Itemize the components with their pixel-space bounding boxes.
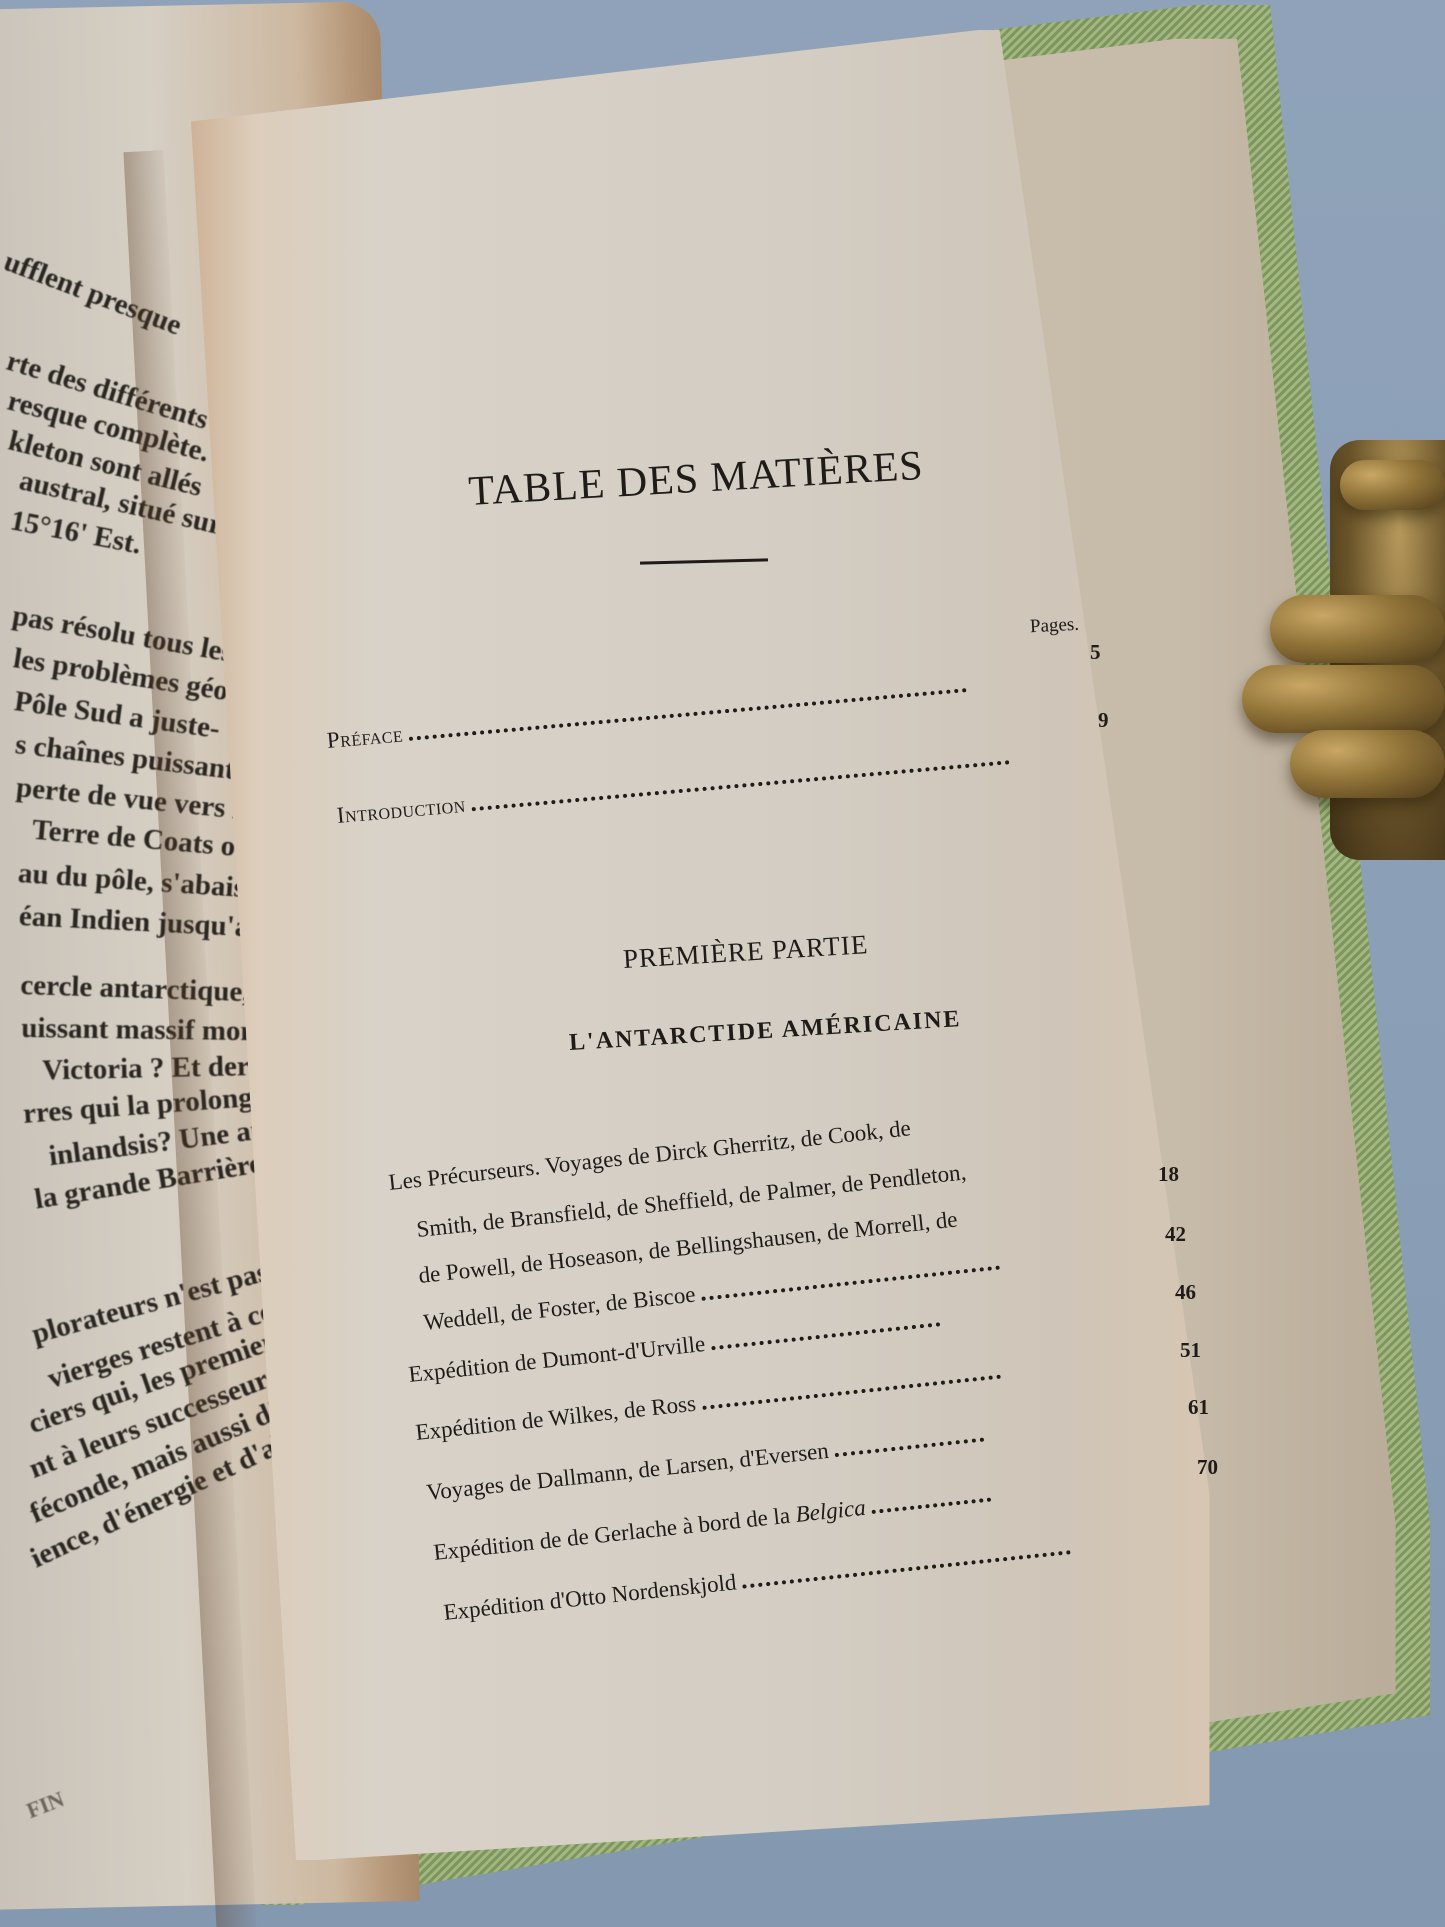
dot-leader (472, 760, 1010, 811)
dot-leader (742, 1550, 1071, 1588)
page-number: 61 (1188, 1395, 1209, 1420)
brass-hand-bookmark (1230, 440, 1445, 900)
title-rule-divider (640, 558, 768, 564)
toc-entry-label: Expédition d'Otto Nordenskjold (442, 1569, 737, 1625)
pages-column-label: Pages. (1029, 614, 1079, 639)
brass-finger (1270, 595, 1445, 663)
toc-title: TABLE DES MATIÈRES (467, 442, 925, 516)
table-of-contents: TABLE DES MATIÈRES Pages. Préface 5 Intr… (0, 0, 1445, 1927)
section-heading: L'ANTARCTIDE AMÉRICAINE (568, 1006, 962, 1057)
toc-entry-ship-name: Belgica (794, 1495, 866, 1527)
page-number: 18 (1158, 1162, 1179, 1187)
page-number: 70 (1197, 1455, 1218, 1480)
toc-entry-label: Weddell, de Foster, de Biscoe (422, 1282, 696, 1335)
page-number: 46 (1175, 1280, 1196, 1305)
page-number: 42 (1165, 1222, 1186, 1247)
dot-leader (409, 688, 967, 741)
toc-entry-label: Voyages de Dallmann, de Larsen, d'Everse… (425, 1438, 830, 1505)
dot-leader (711, 1322, 940, 1350)
brass-finger (1340, 460, 1445, 510)
toc-entry-introduction: Introduction (336, 744, 1011, 829)
dot-leader (702, 1266, 1001, 1301)
toc-entry-label: Expédition de de Gerlache à bord de la (432, 1502, 797, 1565)
photo-scene: ufflent presque rte des différents resqu… (0, 0, 1445, 1927)
dot-leader (702, 1375, 1001, 1410)
brass-finger (1290, 730, 1445, 798)
toc-entry-label: Préface (326, 721, 404, 753)
page-number: 9 (1098, 708, 1109, 733)
toc-entry-preface: Préface (326, 672, 968, 754)
toc-entry-label: Expédition de Dumont-d'Urville (407, 1331, 706, 1387)
dot-leader (835, 1437, 985, 1457)
page-number: 5 (1090, 640, 1101, 665)
dot-leader (872, 1497, 992, 1514)
toc-entry-label: Expédition de Wilkes, de Ross (414, 1391, 697, 1445)
page-number: 51 (1180, 1338, 1201, 1363)
part-heading: PREMIÈRE PARTIE (622, 929, 869, 975)
toc-entry-label: Introduction (336, 792, 467, 828)
brass-finger (1242, 665, 1445, 733)
